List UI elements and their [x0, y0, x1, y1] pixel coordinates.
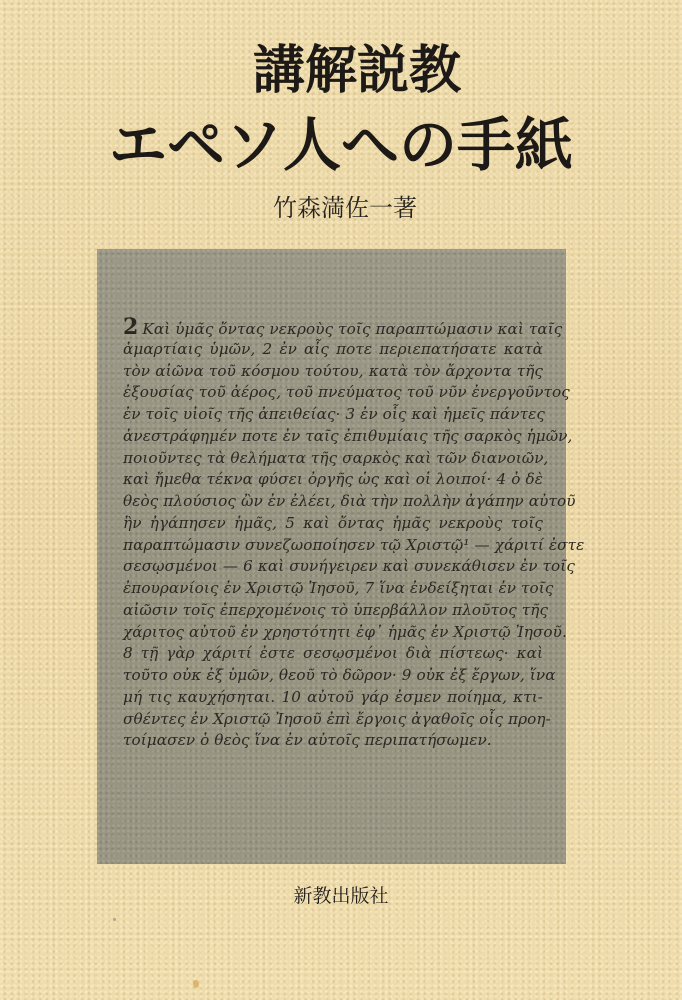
greek-line: 2Καὶ ὑμᾶς ὄντας νεκροὺς τοῖς παραπτώμασι… — [123, 317, 543, 339]
scripture-panel: 2Καὶ ὑμᾶς ὄντας νεκροὺς τοῖς παραπτώμασι… — [97, 249, 566, 864]
greek-line: ποιοῦντες τὰ θελήματα τῆς σαρκὸς καὶ τῶν… — [123, 448, 543, 470]
greek-line: τοίμασεν ὁ θεὸς ἵνα ἐν αὐτοῖς περιπατήσω… — [123, 730, 543, 752]
greek-line: ἐξουσίας τοῦ ἀέρος, τοῦ πνεύματος τοῦ νῦ… — [123, 382, 543, 404]
chapter-number: 2 — [123, 314, 138, 340]
greek-line: θεὸς πλούσιος ὢν ἐν ἐλέει, διὰ τὴν πολλὴ… — [123, 491, 543, 513]
greek-line: αἰῶσιν τοῖς ἐπερχομένοις τὸ ὑπερβάλλον π… — [123, 600, 543, 622]
paper-speck — [113, 918, 116, 921]
greek-line: ἁμαρτίαις ὑμῶν, 2 ἐν αἷς ποτε περιεπατήσ… — [123, 339, 543, 361]
greek-line: σθέντες ἐν Χριστῷ Ἰησοῦ ἐπὶ ἔργοις ἀγαθο… — [123, 709, 543, 731]
title-main: エペソ人への手紙 — [0, 112, 682, 178]
title-series: 講解説教 — [0, 42, 682, 100]
greek-line: ἐπουρανίοις ἐν Χριστῷ Ἰησοῦ, 7 ἵνα ἐνδεί… — [123, 578, 543, 600]
greek-text-block: 2Καὶ ὑμᾶς ὄντας νεκροὺς τοῖς παραπτώμασι… — [123, 317, 543, 752]
greek-line: μή τις καυχήσηται. 10 αὐτοῦ γάρ ἐσμεν πο… — [123, 687, 543, 709]
greek-line: παραπτώμασιν συνεζωοποίησεν τῷ Χριστῷ¹ —… — [123, 535, 543, 557]
greek-line: τοῦτο οὐκ ἐξ ὑμῶν, θεοῦ τὸ δῶρον· 9 οὐκ … — [123, 665, 543, 687]
paper-speck — [193, 980, 199, 988]
publisher-name: 新教出版社 — [0, 884, 682, 908]
greek-line: καὶ ἤμεθα τέκνα φύσει ὀργῆς ὡς καὶ οἱ λο… — [123, 469, 543, 491]
greek-line: σεσῳσμένοι — 6 καὶ συνήγειρεν καὶ συνεκά… — [123, 556, 543, 578]
greek-line: χάριτος αὐτοῦ ἐν χρηστότητι ἐφ᾽ ἡμᾶς ἐν … — [123, 622, 543, 644]
greek-line: ἀνεστράφημέν ποτε ἐν ταῖς ἐπιθυμίαις τῆς… — [123, 426, 543, 448]
greek-line: 8 τῇ γὰρ χάριτί ἐστε σεσῳσμένοι διὰ πίστ… — [123, 643, 543, 665]
greek-line: τὸν αἰῶνα τοῦ κόσμου τούτου, κατὰ τὸν ἄρ… — [123, 361, 543, 383]
author-credit: 竹森満佐一著 — [0, 193, 682, 223]
book-cover: 講解説教 エペソ人への手紙 竹森満佐一著 2Καὶ ὑμᾶς ὄντας νεκ… — [0, 0, 682, 1000]
greek-line: ἐν τοῖς υἱοῖς τῆς ἀπειθείας· 3 ἐν οἷς κα… — [123, 404, 543, 426]
greek-line: ἣν ἠγάπησεν ἡμᾶς, 5 καὶ ὄντας ἡμᾶς νεκρο… — [123, 513, 543, 535]
